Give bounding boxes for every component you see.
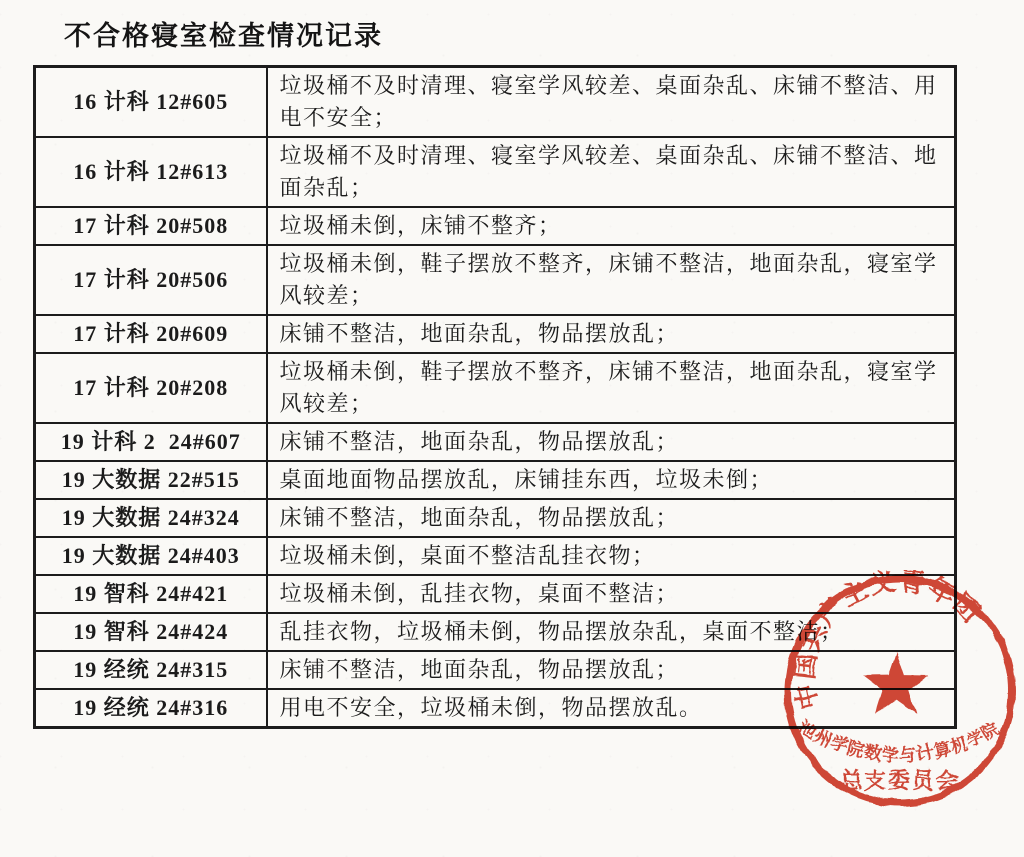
issues-cell: 床铺不整洁，地面杂乱，物品摆放乱； — [267, 499, 956, 537]
table-row: 19 大数据 22#515 桌面地面物品摆放乱，床铺挂东西，垃圾未倒； — [35, 461, 956, 499]
issues-cell: 床铺不整洁，地面杂乱，物品摆放乱； — [267, 423, 956, 461]
room-cell: 17 计科 20#208 — [35, 353, 267, 423]
issues-cell: 垃圾桶未倒，床铺不整齐； — [267, 207, 956, 245]
room-cell: 19 大数据 24#403 — [35, 537, 267, 575]
table-row: 19 智科 24#424 乱挂衣物，垃圾桶未倒，物品摆放杂乱，桌面不整洁； — [35, 613, 956, 651]
room-cell: 17 计科 20#508 — [35, 207, 267, 245]
table-row: 19 大数据 24#324 床铺不整洁，地面杂乱，物品摆放乱； — [35, 499, 956, 537]
table-row: 17 计科 20#609 床铺不整洁，地面杂乱，物品摆放乱； — [35, 315, 956, 353]
issues-cell: 垃圾桶不及时清理、寝室学风较差、桌面杂乱、床铺不整洁、地面杂乱； — [267, 137, 956, 207]
room-cell: 19 大数据 24#324 — [35, 499, 267, 537]
issues-cell: 垃圾桶不及时清理、寝室学风较差、桌面杂乱、床铺不整洁、用电不安全； — [267, 67, 956, 138]
room-cell: 17 计科 20#506 — [35, 245, 267, 315]
room-cell: 19 智科 24#421 — [35, 575, 267, 613]
room-cell: 16 计科 12#613 — [35, 137, 267, 207]
issues-cell: 床铺不整洁，地面杂乱，物品摆放乱； — [267, 651, 956, 689]
table-row: 19 大数据 24#403 垃圾桶未倒，桌面不整洁乱挂衣物； — [35, 537, 956, 575]
issues-cell: 垃圾桶未倒，乱挂衣物，桌面不整洁； — [267, 575, 956, 613]
room-cell: 19 智科 24#424 — [35, 613, 267, 651]
table-row: 16 计科 12#605 垃圾桶不及时清理、寝室学风较差、桌面杂乱、床铺不整洁、… — [35, 67, 956, 138]
table-row: 16 计科 12#613 垃圾桶不及时清理、寝室学风较差、桌面杂乱、床铺不整洁、… — [35, 137, 956, 207]
room-cell: 16 计科 12#605 — [35, 67, 267, 138]
seal-committee-text: 总支委员会 — [840, 768, 960, 793]
issues-cell: 用电不安全，垃圾桶未倒，物品摆放乱。 — [267, 689, 956, 728]
issues-cell: 垃圾桶未倒，鞋子摆放不整齐，床铺不整洁，地面杂乱，寝室学风较差； — [267, 245, 956, 315]
table-row: 19 经统 24#316 用电不安全，垃圾桶未倒，物品摆放乱。 — [35, 689, 956, 728]
scanned-document-page: 不合格寝室检查情况记录 16 计科 12#605 垃圾桶不及时清理、寝室学风较差… — [0, 0, 1024, 857]
issues-cell: 垃圾桶未倒，桌面不整洁乱挂衣物； — [267, 537, 956, 575]
table-row: 19 计科 2 24#607 床铺不整洁，地面杂乱，物品摆放乱； — [35, 423, 956, 461]
inspection-record-table: 16 计科 12#605 垃圾桶不及时清理、寝室学风较差、桌面杂乱、床铺不整洁、… — [33, 65, 957, 729]
issues-cell: 乱挂衣物，垃圾桶未倒，物品摆放杂乱，桌面不整洁； — [267, 613, 956, 651]
room-cell: 19 大数据 22#515 — [35, 461, 267, 499]
table-row: 19 智科 24#421 垃圾桶未倒，乱挂衣物，桌面不整洁； — [35, 575, 956, 613]
table-row: 19 经统 24#315 床铺不整洁，地面杂乱，物品摆放乱； — [35, 651, 956, 689]
room-cell: 19 经统 24#316 — [35, 689, 267, 728]
document-title: 不合格寝室检查情况记录 — [64, 14, 383, 53]
table-row: 17 计科 20#208 垃圾桶未倒，鞋子摆放不整齐，床铺不整洁，地面杂乱，寝室… — [35, 353, 956, 423]
issues-cell: 床铺不整洁，地面杂乱，物品摆放乱； — [267, 315, 956, 353]
issues-cell: 垃圾桶未倒，鞋子摆放不整齐，床铺不整洁，地面杂乱，寝室学风较差； — [267, 353, 956, 423]
room-cell: 19 经统 24#315 — [35, 651, 267, 689]
table-row: 17 计科 20#506 垃圾桶未倒，鞋子摆放不整齐，床铺不整洁，地面杂乱，寝室… — [35, 245, 956, 315]
room-cell: 17 计科 20#609 — [35, 315, 267, 353]
issues-cell: 桌面地面物品摆放乱，床铺挂东西，垃圾未倒； — [267, 461, 956, 499]
room-cell: 19 计科 2 24#607 — [35, 423, 267, 461]
table-row: 17 计科 20#508 垃圾桶未倒，床铺不整齐； — [35, 207, 956, 245]
